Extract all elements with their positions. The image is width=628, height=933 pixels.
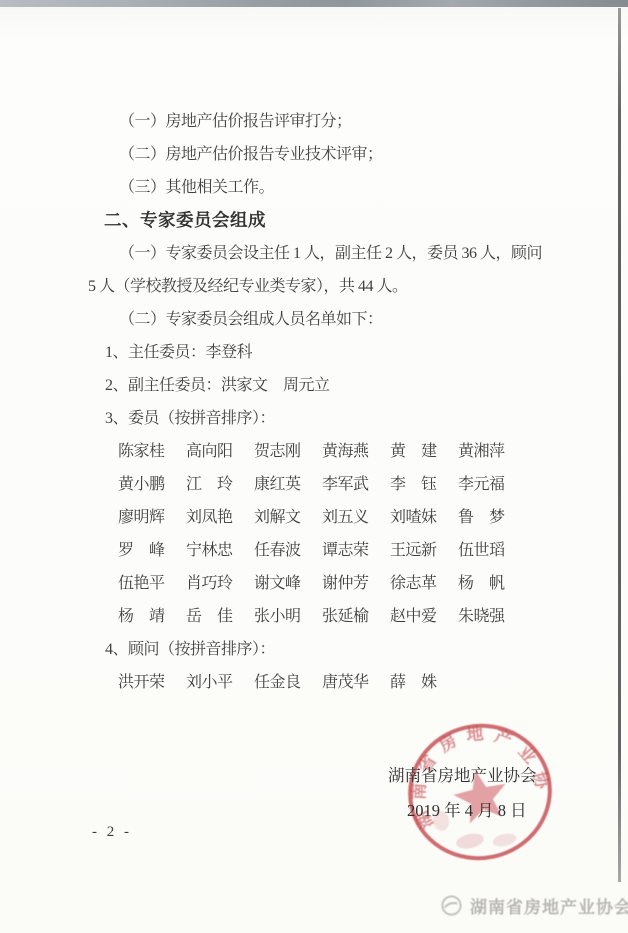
member-name: 黄海燕	[322, 435, 390, 468]
member-name: 岳 佳	[186, 600, 254, 633]
intro-item: （二）房地产估价报告专业技术评审；	[88, 138, 546, 171]
members-row: 杨 靖 岳 佳 张小明 张延榆 赵中爱 朱晓强	[88, 600, 546, 633]
seal-smudge	[492, 832, 518, 849]
member-name: 谭志荣	[322, 534, 390, 567]
member-name: 王远新	[390, 534, 458, 567]
advisor-name: 洪开荣	[118, 666, 186, 699]
member-name: 陈家桂	[118, 435, 186, 468]
member-name: 黄小鹏	[118, 468, 186, 501]
member-name: 谢文峰	[254, 567, 322, 600]
member-name: 肖巧玲	[186, 567, 254, 600]
member-name: 张延榆	[322, 600, 390, 633]
advisor-name: 刘小平	[186, 666, 254, 699]
chair-line: 1、主任委员：李登科	[88, 336, 546, 369]
footer-org: 湖南省房地产业协会	[470, 893, 628, 918]
advisor-name: 薛 姝	[390, 666, 458, 699]
member-name: 廖明辉	[118, 501, 186, 534]
member-name: 刘喳妹	[390, 501, 458, 534]
member-name: 伍艳平	[118, 567, 186, 600]
member-name: 刘解文	[254, 501, 322, 534]
member-name: 徐志革	[390, 567, 458, 600]
document-body: （一）房地产估价报告评审打分； （二）房地产估价报告专业技术评审； （三）其他相…	[88, 105, 546, 699]
members-row: 罗 峰 宁林忠 任春波 谭志荣 王远新 伍世瑫	[88, 534, 546, 567]
signature-date: 2019 年 4 月 8 日	[407, 797, 557, 821]
member-name: 鲁 梦	[458, 501, 526, 534]
advisors-heading: 4、顾问（按拼音排序）：	[88, 633, 546, 666]
paragraph-roster-intro: （二）专家委员会组成人员名单如下：	[88, 303, 546, 336]
member-name: 谢仲芳	[322, 567, 390, 600]
member-name: 任春波	[254, 534, 322, 567]
member-name: 宁林忠	[186, 534, 254, 567]
advisor-name: 唐茂华	[322, 666, 390, 699]
member-name: 刘凤艳	[186, 501, 254, 534]
page-number: - 2 -	[92, 824, 132, 841]
members-row: 廖明辉 刘凤艳 刘解文 刘五义 刘喳妹 鲁 梦	[88, 501, 546, 534]
member-name: 江 玲	[186, 468, 254, 501]
scanned-document-page: （一）房地产估价报告评审打分； （二）房地产估价报告专业技术评审； （三）其他相…	[0, 0, 628, 933]
member-name: 黄湘萍	[458, 435, 526, 468]
member-name: 康红英	[254, 468, 322, 501]
vice-chair-line: 2、副主任委员：洪家文 周元立	[88, 369, 546, 402]
member-name: 杨 靖	[118, 600, 186, 633]
member-name: 杨 帆	[458, 567, 526, 600]
scan-right-edge	[618, 8, 621, 882]
member-name: 赵中爱	[390, 600, 458, 633]
members-row: 伍艳平 肖巧玲 谢文峰 谢仲芳 徐志革 杨 帆	[88, 567, 546, 600]
footer-logo-icon	[440, 894, 463, 917]
advisor-name: 任金良	[254, 666, 322, 699]
member-name: 黄 建	[390, 435, 458, 468]
intro-item: （一）房地产估价报告评审打分；	[88, 105, 546, 138]
member-name: 李 钰	[390, 468, 458, 501]
paragraph-composition: （一）专家委员会设主任 1 人，副主任 2 人，委员 36 人，顾问 5 人（学…	[88, 237, 546, 303]
members-heading: 3、委员（按拼音排序）：	[88, 402, 546, 435]
member-name: 刘五义	[322, 501, 390, 534]
scan-top-edge	[0, 0, 628, 7]
section-heading: 二、专家委员会组成	[88, 204, 546, 237]
member-name: 贺志刚	[254, 435, 322, 468]
member-name: 张小明	[254, 600, 322, 633]
member-name: 高向阳	[186, 435, 254, 468]
signature-org: 湖南省房地产业协会	[388, 762, 558, 786]
official-seal: 湖南省房地产业协会	[399, 716, 561, 868]
members-row: 黄小鹏 江 玲 康红英 李军武 李 钰 李元福	[88, 468, 546, 501]
seal-smudge	[455, 831, 485, 851]
advisors-row: 洪开荣 刘小平 任金良 唐茂华 薛 姝	[88, 666, 546, 699]
footer: 湖南省房地产业协会	[440, 893, 628, 918]
member-name: 罗 峰	[118, 534, 186, 567]
members-row: 陈家桂 高向阳 贺志刚 黄海燕 黄 建 黄湘萍	[88, 435, 546, 468]
intro-item: （三）其他相关工作。	[88, 171, 546, 204]
member-name: 李元福	[458, 468, 526, 501]
member-name: 李军武	[322, 468, 390, 501]
member-name: 朱晓强	[458, 600, 526, 633]
member-name: 伍世瑫	[458, 534, 526, 567]
